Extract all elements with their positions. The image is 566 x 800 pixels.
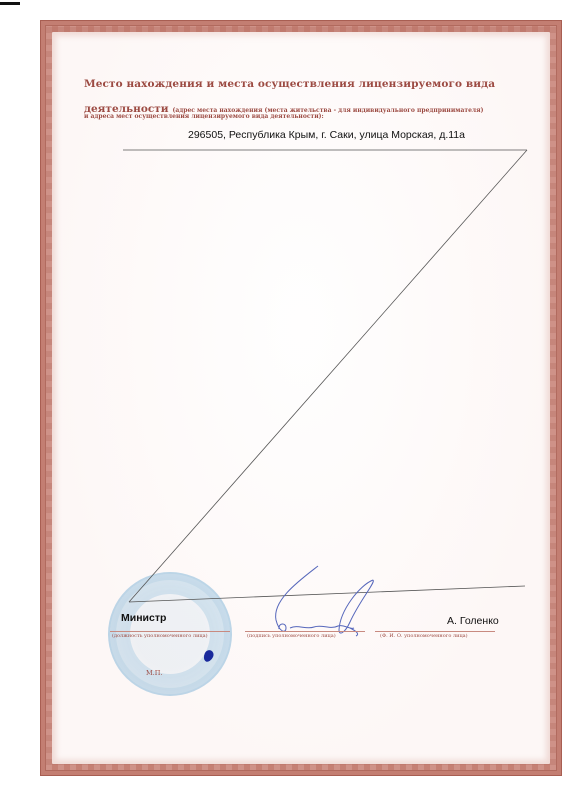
- official-position: Министр: [121, 612, 166, 624]
- name-caption: (Ф. И. О. уполномоченного лица): [380, 633, 468, 639]
- cancellation-lines: [0, 0, 566, 800]
- official-name: А. Голенко: [447, 615, 499, 627]
- signature-scribble: [276, 566, 374, 636]
- position-underline: [110, 631, 230, 632]
- name-underline: [375, 631, 495, 632]
- signature-underline: [245, 631, 365, 632]
- seal-place-label: М.П.: [146, 669, 162, 677]
- signature-caption: (подпись уполномоченного лица): [247, 633, 336, 639]
- position-caption: (должность уполномоченного лица): [112, 633, 208, 639]
